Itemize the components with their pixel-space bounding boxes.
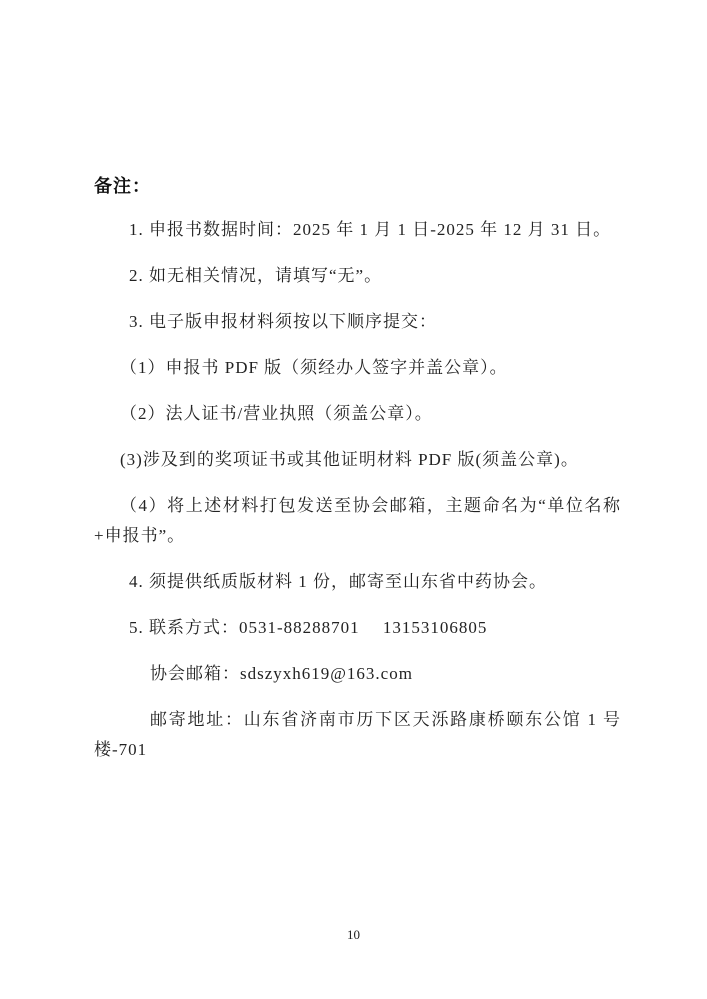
mailing-address: 邮寄地址：山东省济南市历下区天泺路康桥颐东公馆 1 号楼-701 xyxy=(94,705,621,765)
document-page: 备注： 1. 申报书数据时间：2025 年 1 月 1 日-2025 年 12 … xyxy=(0,0,707,999)
note-item-3-sub-4: （4）将上述材料打包发送至协会邮箱，主题命名为“单位名称+申报书”。 xyxy=(94,491,621,551)
note-item-5-contact: 5. 联系方式：0531-88288701 13153106805 xyxy=(94,613,621,643)
note-item-3-sub-3: (3)涉及到的奖项证书或其他证明材料 PDF 版(须盖公章)。 xyxy=(94,445,621,475)
note-item-4: 4. 须提供纸质版材料 1 份，邮寄至山东省中药协会。 xyxy=(94,567,621,597)
document-body: 备注： 1. 申报书数据时间：2025 年 1 月 1 日-2025 年 12 … xyxy=(94,171,621,781)
note-item-2: 2. 如无相关情况，请填写“无”。 xyxy=(94,261,621,291)
note-item-3-sub-2: （2）法人证书/营业执照（须盖公章）。 xyxy=(94,399,621,429)
association-email: 协会邮箱：sdszyxh619@163.com xyxy=(94,659,621,689)
remarks-heading: 备注： xyxy=(94,171,621,201)
page-number: 10 xyxy=(0,927,707,943)
note-item-1: 1. 申报书数据时间：2025 年 1 月 1 日-2025 年 12 月 31… xyxy=(94,215,621,245)
note-item-3: 3. 电子版申报材料须按以下顺序提交： xyxy=(94,307,621,337)
note-item-3-sub-1: （1）申报书 PDF 版（须经办人签字并盖公章）。 xyxy=(94,353,621,383)
